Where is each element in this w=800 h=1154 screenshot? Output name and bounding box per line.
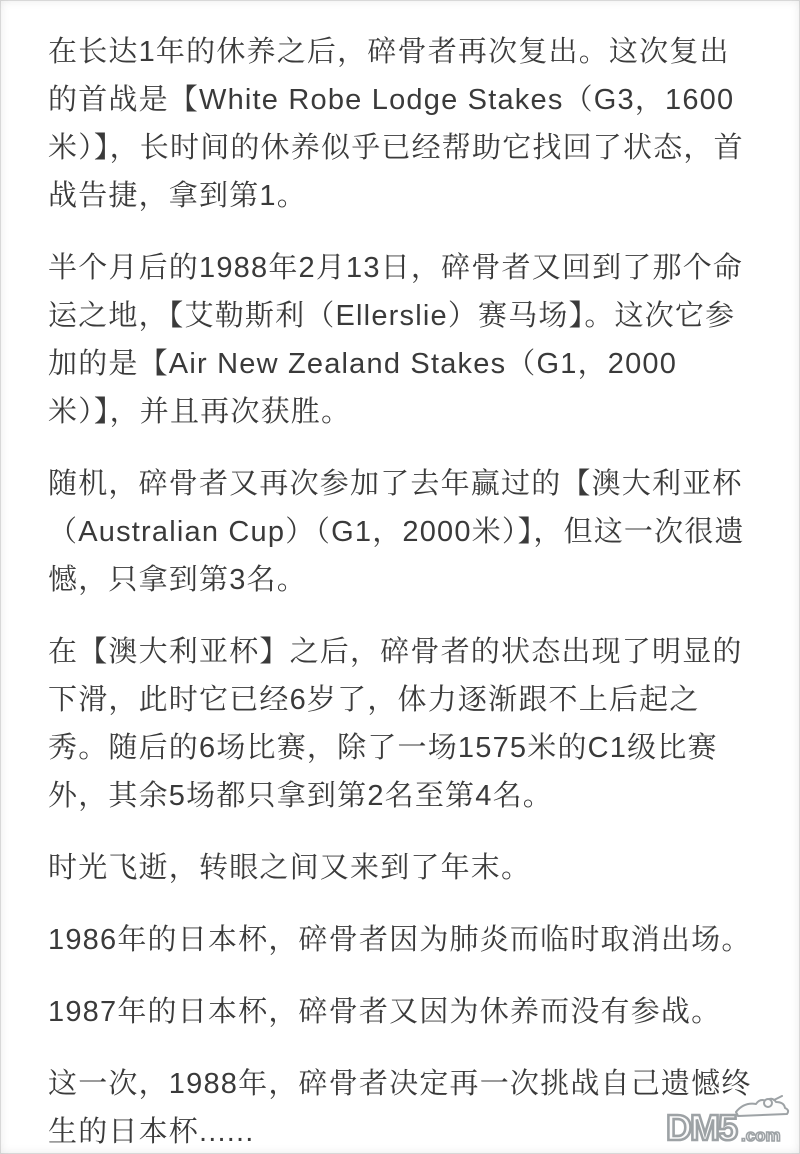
paragraph: 1987年的日本杯，碎骨者又因为休养而没有参战。	[48, 988, 755, 1036]
paragraph: 半个月后的1988年2月13日，碎骨者又回到了那个命运之地，【艾勒斯利（Elle…	[48, 244, 755, 436]
watermark-brand-text: DM5	[666, 1107, 738, 1148]
paragraph: 1986年的日本杯，碎骨者因为肺炎而临时取消出场。	[48, 916, 755, 964]
watermark-suffix-text: .com	[741, 1126, 781, 1145]
paragraph: 这一次，1988年，碎骨者决定再一次挑战自己遗憾终生的日本杯......	[48, 1060, 755, 1154]
paragraph: 在长达1年的休养之后，碎骨者再次复出。这次复出的首战是【White Robe L…	[48, 28, 755, 220]
article-body: 在长达1年的休养之后，碎骨者再次复出。这次复出的首战是【White Robe L…	[0, 0, 800, 1154]
paragraph: 在【澳大利亚杯】之后，碎骨者的状态出现了明显的下滑，此时它已经6岁了，体力逐渐跟…	[48, 628, 755, 820]
dm5-mascot-icon	[736, 1096, 788, 1116]
dm5-watermark-logo: DM5 .com	[664, 1094, 794, 1150]
paragraph: 时光飞逝，转眼之间又来到了年末。	[48, 844, 755, 892]
paragraph: 随机，碎骨者又再次参加了去年赢过的【澳大利亚杯（Australian Cup）（…	[48, 460, 755, 604]
